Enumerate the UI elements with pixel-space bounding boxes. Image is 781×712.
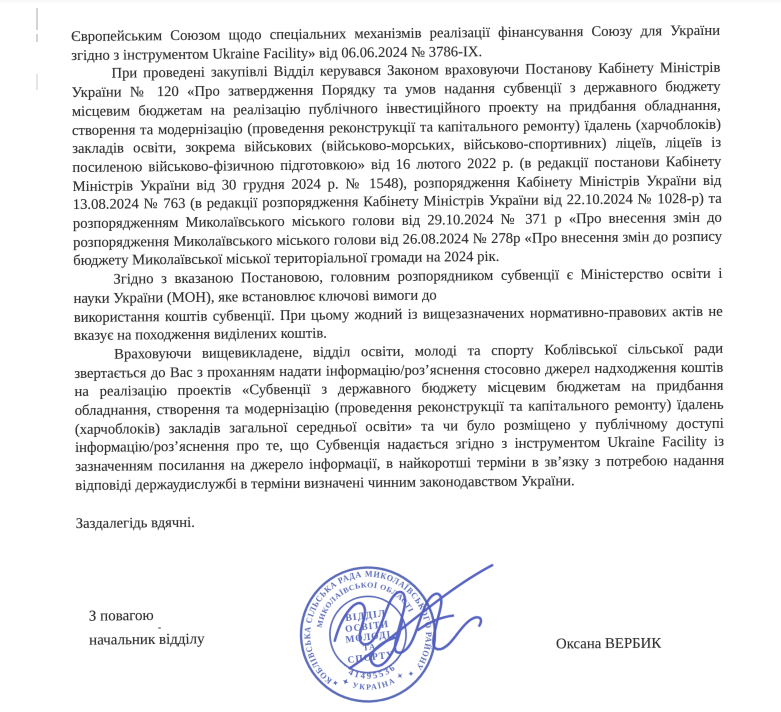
thanks-line: Заздалегідь вдячні.: [76, 508, 725, 533]
signature-strokes: [332, 565, 495, 669]
scan-fold-mark: [36, 8, 38, 30]
closing-title: начальник відділу: [89, 628, 205, 653]
closing-regards: З повагою: [89, 604, 205, 629]
paragraph-ministry-line2: використання коштів субвенції. При цьому…: [74, 303, 723, 344]
closing-block: З повагою начальник відділу: [89, 604, 205, 652]
paragraph-ministry: Згідно з вказаною Постановою, головним р…: [73, 265, 723, 346]
paragraph-ministry-line1: Згідно з вказаною Постановою, головним р…: [74, 266, 723, 307]
signature-scribble: [316, 557, 510, 679]
scan-fold-mark: [36, 74, 38, 90]
paragraph-intro: Європейським Союзом щодо спеціальних мех…: [71, 22, 720, 66]
letter-body: Європейським Союзом щодо спеціальних мех…: [71, 22, 725, 533]
paragraph-procurement: При проведені закупівлі Відділ керувався…: [71, 59, 722, 271]
signer-name: Оксана ВЕРБИК: [556, 636, 661, 654]
scanned-letter-page: Європейським Союзом щодо спеціальних мех…: [0, 0, 781, 712]
scan-fold-mark: [36, 34, 38, 42]
stamp-star-left: ✦: [332, 679, 340, 689]
paragraph-request: Враховуючи вищевикладене, відділ освіти,…: [74, 340, 724, 496]
